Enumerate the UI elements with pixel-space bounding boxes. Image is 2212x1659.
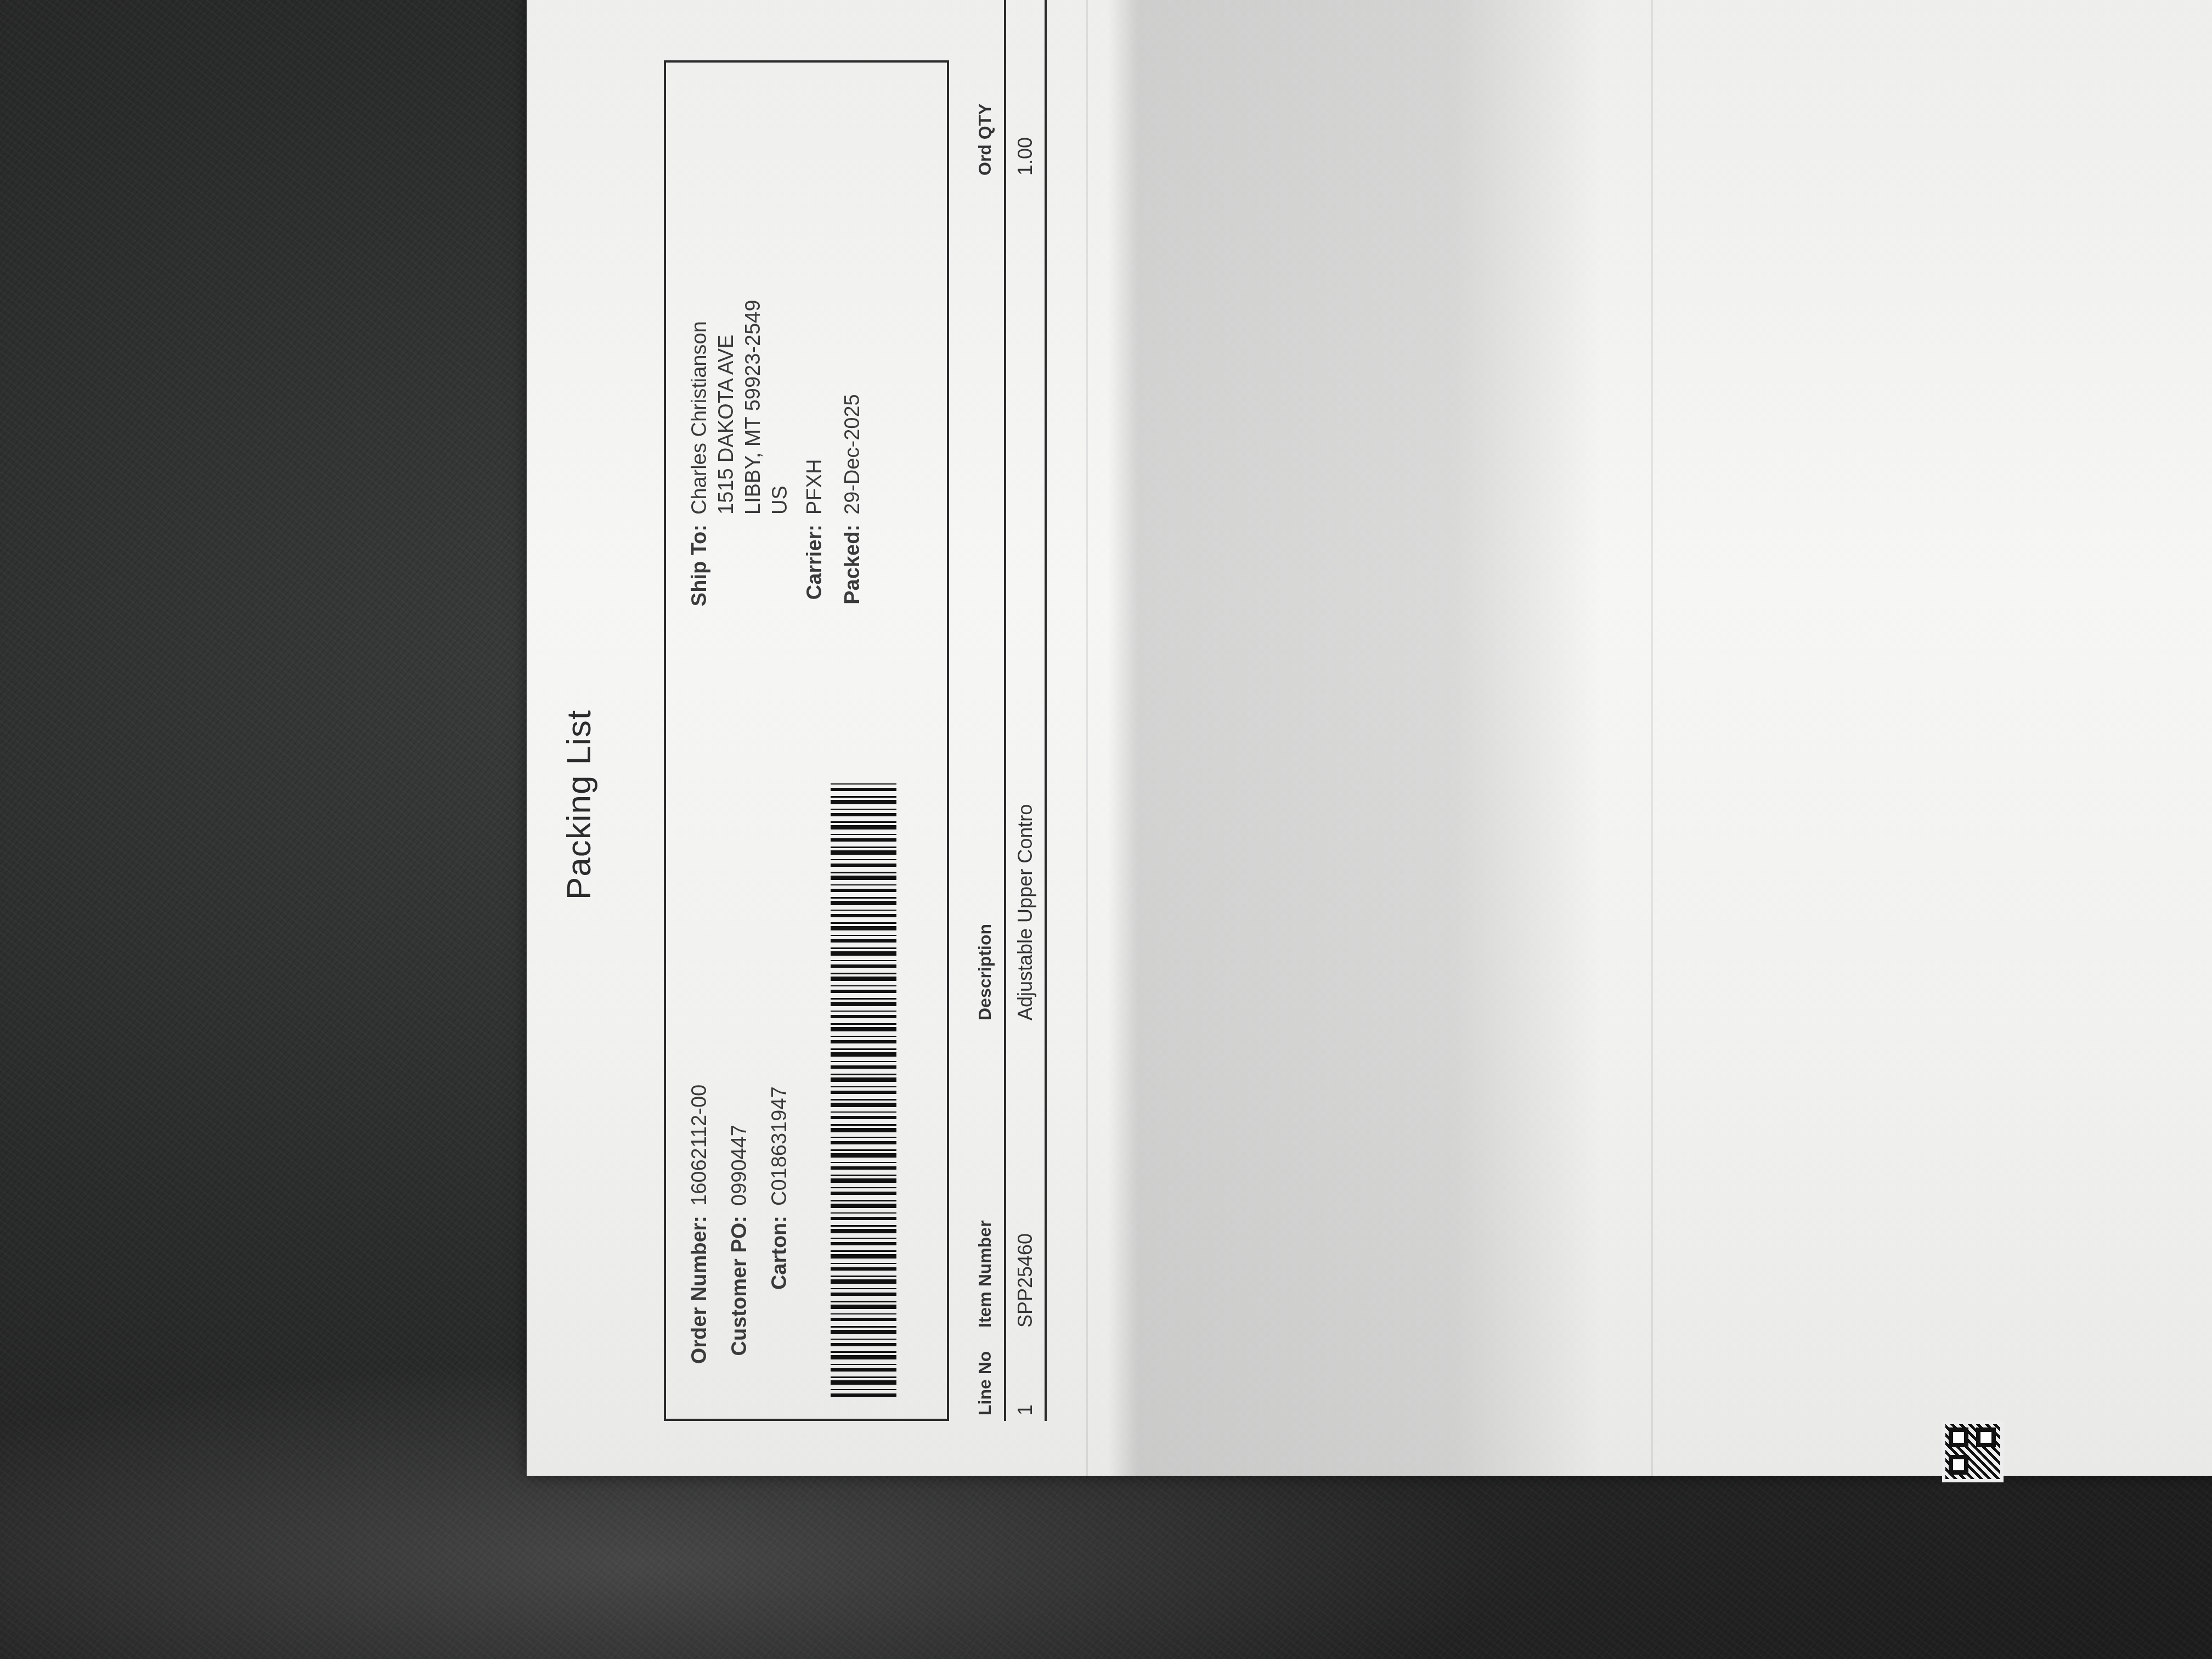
ship-to-label: Ship To: (688, 524, 795, 629)
table-header: Line No Item Number Description Ord QTY … (966, 0, 1004, 1421)
carton-value: C018631947 (768, 1086, 791, 1206)
packing-list-paper: Packing List Order Number:16062112-00 Cu… (527, 0, 2212, 1476)
header-description: Description (975, 176, 995, 1020)
qr-code (1942, 1421, 2004, 1482)
document-title: Packing List (560, 710, 599, 900)
header-box: Order Number:16062112-00 Customer PO:099… (664, 60, 949, 1421)
cell-line-no: 1 (1014, 1328, 1037, 1421)
packed-label: Packed: (841, 524, 865, 629)
header-line-no: Line No (975, 1328, 995, 1421)
cell-description: Adjustable Upper Contro (1014, 176, 1037, 1020)
carrier-label: Carrier: (803, 524, 827, 629)
cell-item-number: SPP25460 (1014, 1020, 1037, 1328)
carton-row: Carton:C018631947 (768, 1085, 792, 1397)
carton-barcode (831, 782, 896, 1397)
address-line: LIBBY, MT 59923-2549 (742, 300, 765, 515)
cell-ord-qty: 1.00 (1014, 0, 1037, 176)
customer-po-row: Customer PO:0990447 (728, 1085, 752, 1397)
carton-label: Carton: (768, 1216, 792, 1397)
ship-info: Ship To: Charles Christianson 1515 DAKOT… (688, 300, 872, 629)
ship-to-address: Charles Christianson 1515 DAKOTA AVE LIB… (688, 300, 795, 515)
carrier-row: Carrier: PFXH (803, 300, 827, 629)
order-number-label: Order Number: (688, 1216, 712, 1397)
fold-shadow (1108, 0, 1602, 1476)
address-line: US (769, 300, 792, 515)
address-line: Charles Christianson (688, 300, 712, 515)
table-rule (1045, 0, 1047, 1421)
items-table: Line No Item Number Description Ord QTY … (966, 0, 1047, 1421)
order-number-value: 16062112-00 (688, 1085, 711, 1206)
customer-po-label: Customer PO: (728, 1216, 752, 1397)
ship-to-row: Ship To: Charles Christianson 1515 DAKOT… (688, 300, 795, 629)
fold-line (1086, 0, 1088, 1476)
customer-po-value: 0990447 (728, 1125, 751, 1206)
header-ord-qty: Ord QTY (975, 0, 995, 176)
carrier-value: PFXH (803, 459, 827, 515)
packed-row: Packed: 29-Dec-2025 (841, 300, 865, 629)
header-item-number: Item Number (975, 1020, 995, 1328)
order-number-row: Order Number:16062112-00 (688, 1085, 712, 1397)
fold-line (1651, 0, 1653, 1476)
address-line: 1515 DAKOTA AVE (715, 300, 738, 515)
order-info: Order Number:16062112-00 Customer PO:099… (688, 1085, 808, 1397)
packed-value: 29-Dec-2025 (841, 394, 865, 515)
table-row: 1 SPP25460 Adjustable Upper Contro 1.00 … (1006, 0, 1045, 1421)
